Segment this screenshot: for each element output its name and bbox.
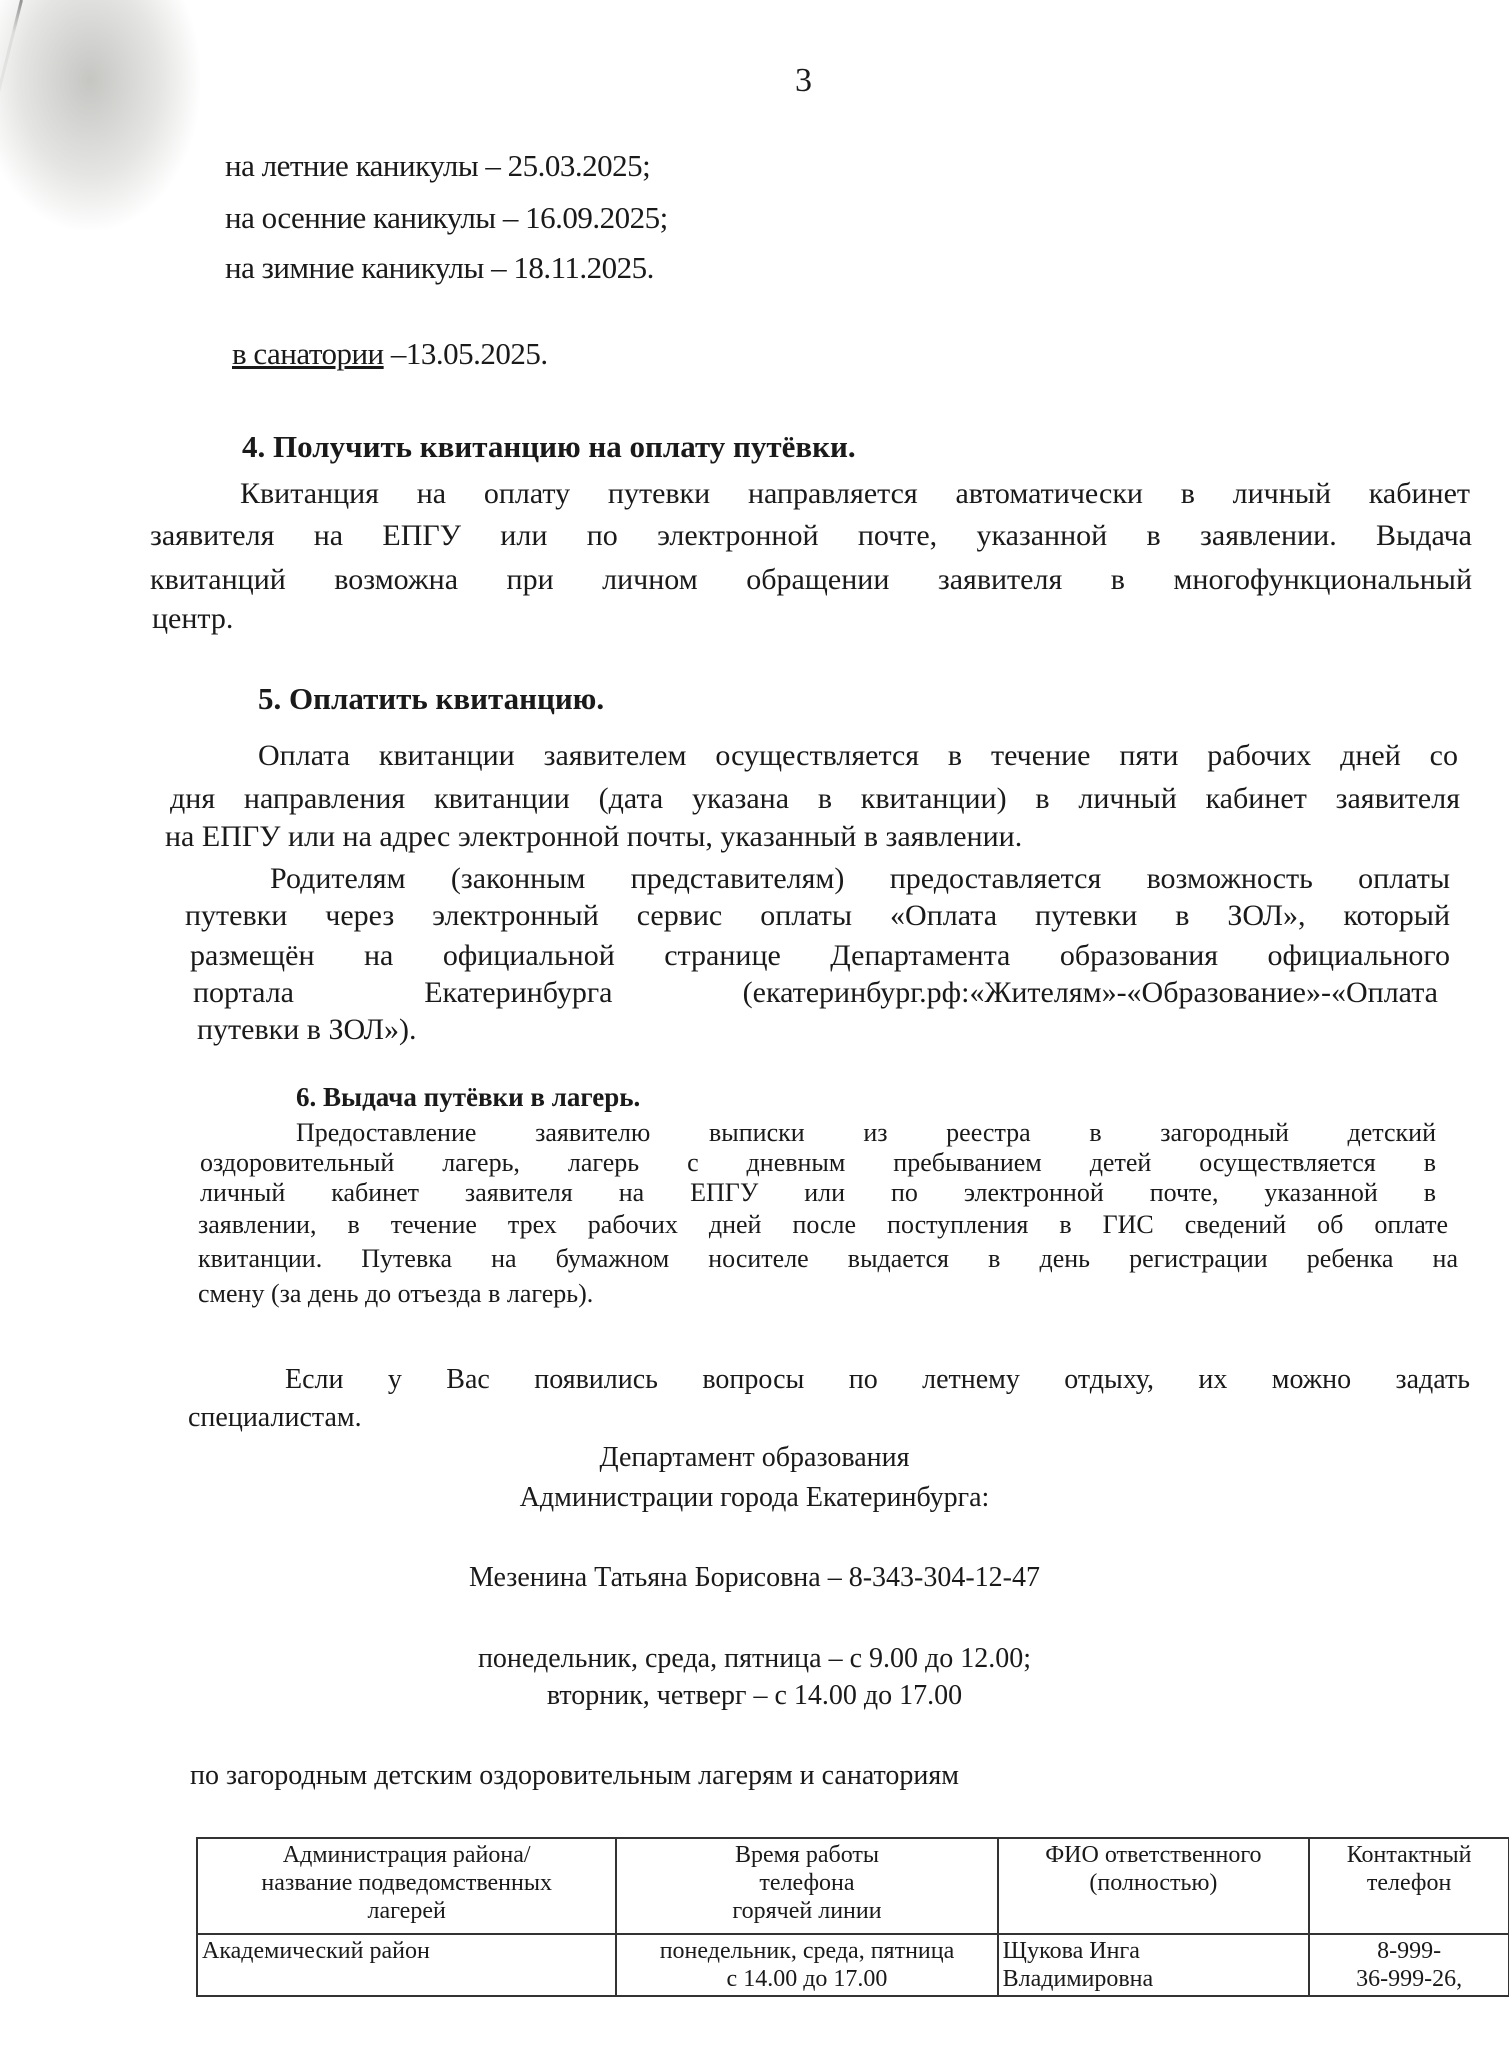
deadline-sanatorium: в санатории –13.05.2025. <box>232 336 548 372</box>
section6-line: квитанции. Путевка на бумажном носителе … <box>198 1244 1458 1274</box>
header-district: Администрация района/название подведомст… <box>197 1838 616 1934</box>
section6-line: Предоставление заявителю выписки из реес… <box>296 1118 1436 1148</box>
section5-para2-line: размещён на официальной странице Департа… <box>190 937 1450 975</box>
scan-shadow <box>0 0 200 230</box>
cell-hours: понедельник, среда, пятницас 14.00 до 17… <box>616 1934 997 1996</box>
header-phone: Контактныйтелефон <box>1309 1838 1509 1934</box>
section4-line: заявителя на ЕПГУ или по электронной поч… <box>150 517 1472 555</box>
section4-line: Квитанция на оплату путевки направляется… <box>240 475 1470 513</box>
section4-line: центр. <box>152 600 233 638</box>
hours-tue-thu: вторник, четверг – с 14.00 до 17.00 <box>0 1680 1509 1712</box>
section5-para1-line: на ЕПГУ или на адрес электронной почты, … <box>165 818 1022 856</box>
deadline-winter: на зимние каникулы – 18.11.2025. <box>225 250 654 286</box>
sanatorium-label: в санатории <box>232 336 384 371</box>
section5-para2-line: путевки в ЗОЛ»). <box>197 1011 416 1049</box>
deadline-summer: на летние каникулы – 25.03.2025; <box>225 148 650 184</box>
section6-line: заявлении, в течение трех рабочих дней п… <box>198 1210 1448 1240</box>
section5-para2-line: Родителям (законным представителям) пред… <box>270 860 1450 898</box>
page-number: 3 <box>795 62 812 100</box>
table-row: Академический район понедельник, среда, … <box>197 1934 1509 1996</box>
section5-para2-line: путевки через электронный сервис оплаты … <box>185 897 1450 935</box>
section6-line: личный кабинет заявителя на ЕПГУ или по … <box>200 1178 1436 1208</box>
cell-phone: 8-999-36-999-26, <box>1309 1934 1509 1996</box>
section5-para2-line: портала Екатеринбурга (екатеринбург.рф:«… <box>193 974 1438 1012</box>
cell-district: Академический район <box>197 1934 616 1996</box>
header-responsible: ФИО ответственного(полностью) <box>998 1838 1310 1934</box>
table-intro: по загородным детским оздоровительным ла… <box>190 1760 959 1792</box>
section6-title: 6. Выдача путёвки в лагерь. <box>296 1082 640 1113</box>
questions-line: специалистам. <box>188 1402 362 1434</box>
sanatorium-date: –13.05.2025. <box>384 336 548 371</box>
department-contact: Мезенина Татьяна Борисовна – 8-343-304-1… <box>0 1562 1509 1594</box>
deadline-autumn: на осенние каникулы – 16.09.2025; <box>225 200 668 236</box>
table-header-row: Администрация района/название подведомст… <box>197 1838 1509 1934</box>
section5-para1-line: дня направления квитанции (дата указана … <box>170 780 1460 818</box>
hours-mon-wed-fri: понедельник, среда, пятница – с 9.00 до … <box>0 1643 1509 1675</box>
header-hours: Время работытелефонагорячей линии <box>616 1838 997 1934</box>
section6-line: смену (за день до отъезда в лагерь). <box>198 1279 593 1309</box>
section6-line: оздоровительный лагерь, лагерь с дневным… <box>200 1148 1436 1178</box>
section4-title: 4. Получить квитанцию на оплату путёвки. <box>242 428 856 466</box>
department-name: Департамент образования <box>0 1442 1509 1474</box>
questions-line: Если у Вас появились вопросы по летнему … <box>285 1364 1470 1396</box>
section5-para1-line: Оплата квитанции заявителем осуществляет… <box>258 737 1458 775</box>
section4-line: квитанций возможна при личном обращении … <box>150 561 1472 599</box>
contacts-table: Администрация района/название подведомст… <box>196 1837 1509 1997</box>
department-admin: Администрации города Екатеринбурга: <box>0 1482 1509 1514</box>
cell-responsible: Щукова ИнгаВладимировна <box>998 1934 1310 1996</box>
section5-title: 5. Оплатить квитанцию. <box>258 680 604 718</box>
